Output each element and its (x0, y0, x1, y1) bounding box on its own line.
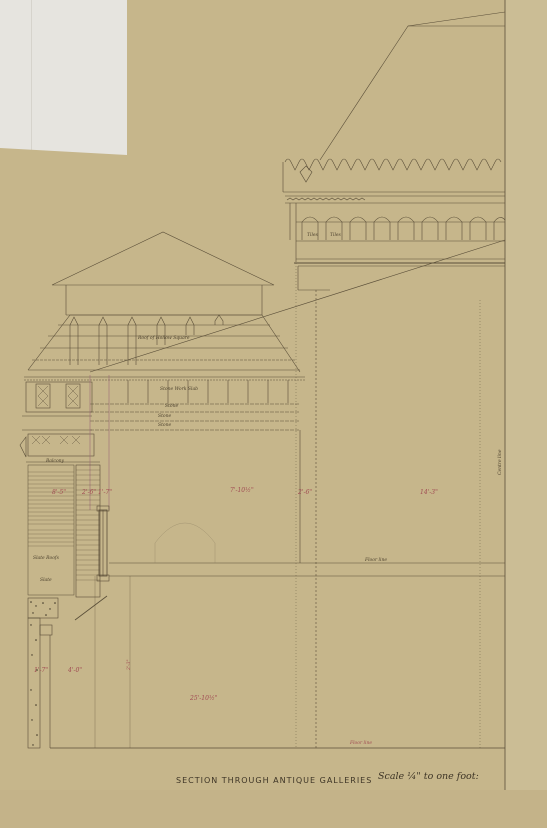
dim-4-0: 4'-0" (68, 667, 82, 674)
dim-25-10: 25'-10½" (190, 695, 218, 702)
dim-7-10: 7'-10½" (230, 487, 254, 494)
floor-line-upper: Floor line (365, 558, 387, 563)
centre-line-label: Centre line (498, 450, 503, 476)
slate-roofs-label: Slate Roofs (33, 556, 59, 561)
wall-label-stone-1: Stone (165, 404, 178, 409)
cornice-label-tiles-2: Tiles (330, 233, 341, 238)
cornice-label-tiles-1: Tiles (307, 233, 318, 238)
slate-label: Slate (40, 578, 52, 583)
wall-label-stonework: Stone Work Slab (160, 387, 198, 392)
roof-annotation: Roof of Hollow Square (138, 336, 190, 341)
height-mark: 2'-3" (127, 659, 132, 670)
dim-14-3: 14'-3" (420, 489, 438, 496)
dim-2-6: 2'-6" (298, 489, 312, 496)
drawing-sheet: Roof of Hollow Square Tiles Tiles Stone … (0, 0, 547, 828)
dim-8-5: 8'-5" (52, 489, 66, 496)
dim-1-7: 1'-7" (34, 667, 48, 674)
dim-2-6-1-7: 2'-6" 1'-7" (82, 489, 112, 496)
drawing-title: SECTION THROUGH ANTIQUE GALLERIES (176, 776, 372, 785)
scale-note: Scale ¼" to one foot: (378, 771, 479, 782)
wall-label-stone-2: Stone (158, 414, 171, 419)
wall-label-stone-3: Stone (158, 423, 171, 428)
section-drawing (0, 0, 547, 828)
floor-line-lower: Floor line (350, 741, 372, 746)
balcony-label: Balcony (46, 459, 64, 464)
